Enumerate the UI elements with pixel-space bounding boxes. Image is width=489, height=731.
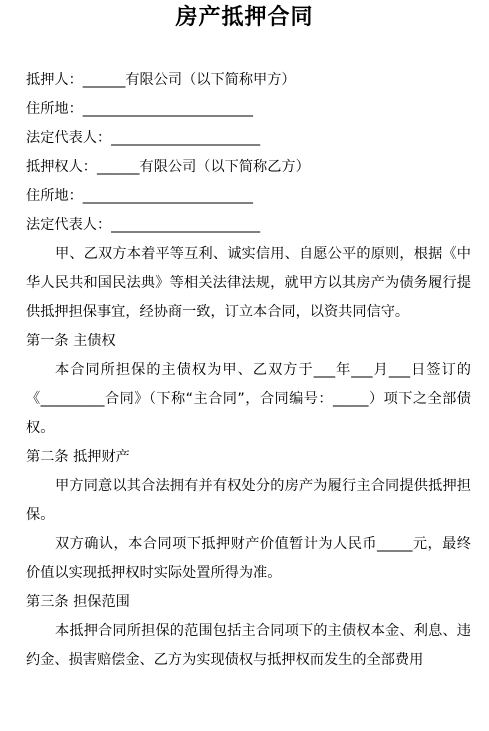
article-3-heading: 第三条 担保范围 [26, 588, 471, 617]
article-1-heading: 第一条 主债权 [26, 327, 471, 356]
article-2-heading: 第二条 抵押财产 [26, 443, 471, 472]
mortgagor-line: 抵押人：______有限公司（以下简称甲方） [26, 66, 471, 95]
mortgagee-address-line: 住所地：________________________ [26, 182, 471, 211]
mortgagee-line: 抵押权人：______有限公司（以下简称乙方） [26, 153, 471, 182]
article-1-paragraph: 本合同所担保的主债权为甲、乙双方于___年___月___日签订的《_______… [26, 356, 471, 443]
article-3-paragraph: 本抵押合同所担保的范围包括主合同项下的主债权本金、利息、违约金、损害赔偿金、乙方… [26, 617, 471, 675]
mortgagee-legal-rep-line: 法定代表人：_____________________ [26, 211, 471, 240]
mortgagor-address-line: 住所地：________________________ [26, 95, 471, 124]
document-title: 房产抵押合同 [0, 2, 489, 32]
preamble-paragraph: 甲、乙双方本着平等互利、诚实信用、自愿公平的原则，根据《中华人民共和国民法典》等… [26, 240, 471, 327]
document-body: 抵押人：______有限公司（以下简称甲方） 住所地：_____________… [26, 66, 471, 675]
mortgagor-legal-rep-line: 法定代表人：_____________________ [26, 124, 471, 153]
article-2-paragraph-2: 双方确认，本合同项下抵押财产价值暂计为人民币_____元，最终价值以实现抵押权时… [26, 530, 471, 588]
article-2-paragraph-1: 甲方同意以其合法拥有并有权处分的房产为履行主合同提供抵押担保。 [26, 472, 471, 530]
